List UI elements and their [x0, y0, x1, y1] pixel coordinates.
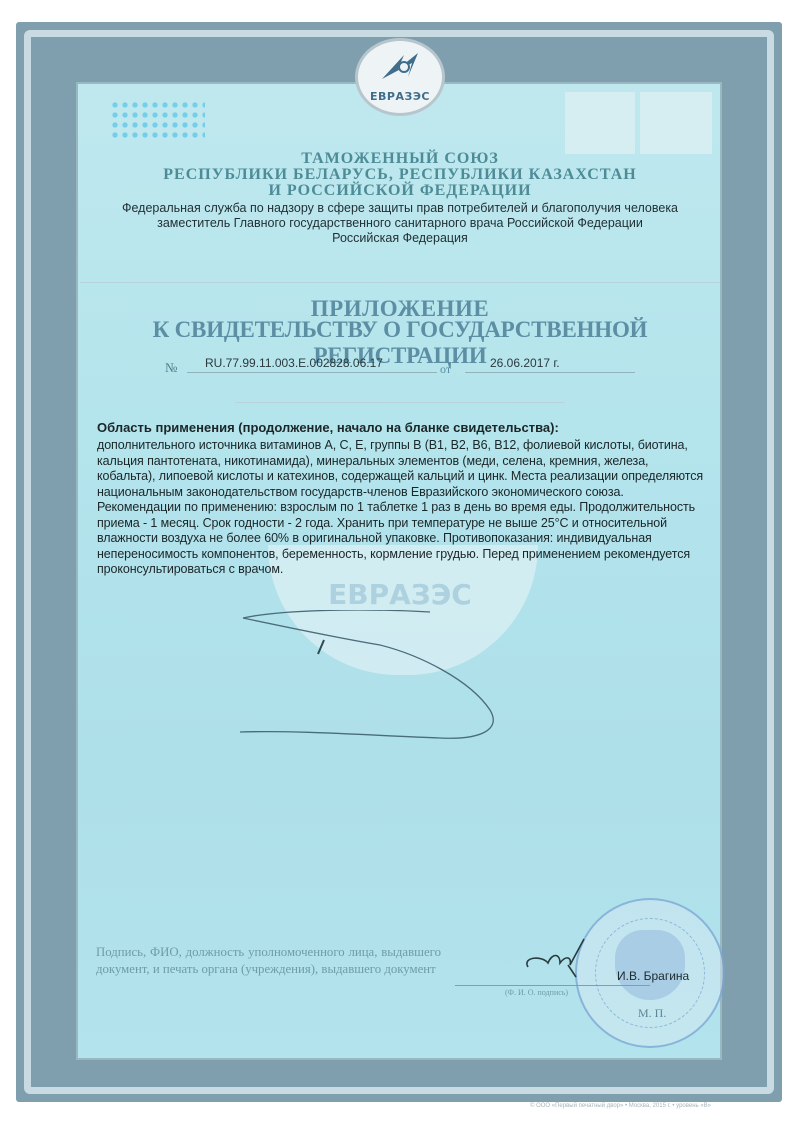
eurasec-emblem: ЕВРАЗЭС: [355, 38, 445, 116]
emblem-label: ЕВРАЗЭС: [370, 90, 430, 103]
microtext-divider-2: [235, 402, 565, 408]
agency-line-3: Российская Федерация: [80, 231, 720, 246]
signature-line: [455, 985, 650, 986]
union-title-line-3: И РОССИЙСКОЙ ФЕДЕРАЦИИ: [80, 182, 720, 200]
watermark-label: ЕВРАЗЭС: [300, 578, 500, 611]
signer-name: И.В. Брагина: [617, 969, 689, 983]
blank-box: [640, 92, 712, 154]
handwritten-signature-icon: [240, 610, 540, 760]
eurasec-logo-icon: [378, 51, 428, 81]
registration-date: 26.06.2017 г.: [490, 356, 560, 370]
printer-info: © ООО «Первый печатный двор» • Москва, 2…: [530, 1103, 711, 1109]
agency-line-1: Федеральная служба по надзору в сфере за…: [80, 201, 720, 216]
from-label: от: [440, 362, 451, 377]
scope-text: дополнительного источника витаминов А, С…: [97, 438, 707, 578]
coat-of-arms-icon: [615, 930, 685, 1000]
stamp-place-label: М. П.: [638, 1006, 666, 1021]
name-caption: (Ф. И. О. подпись): [505, 988, 568, 997]
date-underline: [465, 372, 635, 373]
microtext-divider: [80, 282, 720, 288]
number-label: №: [165, 360, 177, 376]
signature-caption: Подпись, ФИО, должность уполномоченного …: [96, 944, 441, 978]
agency-line-2: заместитель Главного государственного са…: [80, 216, 720, 231]
registration-number: RU.77.99.11.003.E.002828.06.17: [205, 356, 383, 370]
signer-signature-icon: [520, 935, 600, 985]
scope-section: Область применения (продолжение, начало …: [97, 420, 707, 578]
scope-heading: Область применения (продолжение, начало …: [97, 420, 707, 436]
number-underline: [187, 372, 437, 373]
registration-line: № RU.77.99.11.003.E.002828.06.17 от 26.0…: [165, 356, 635, 378]
security-pattern: [110, 100, 205, 138]
blank-box: [565, 92, 635, 154]
